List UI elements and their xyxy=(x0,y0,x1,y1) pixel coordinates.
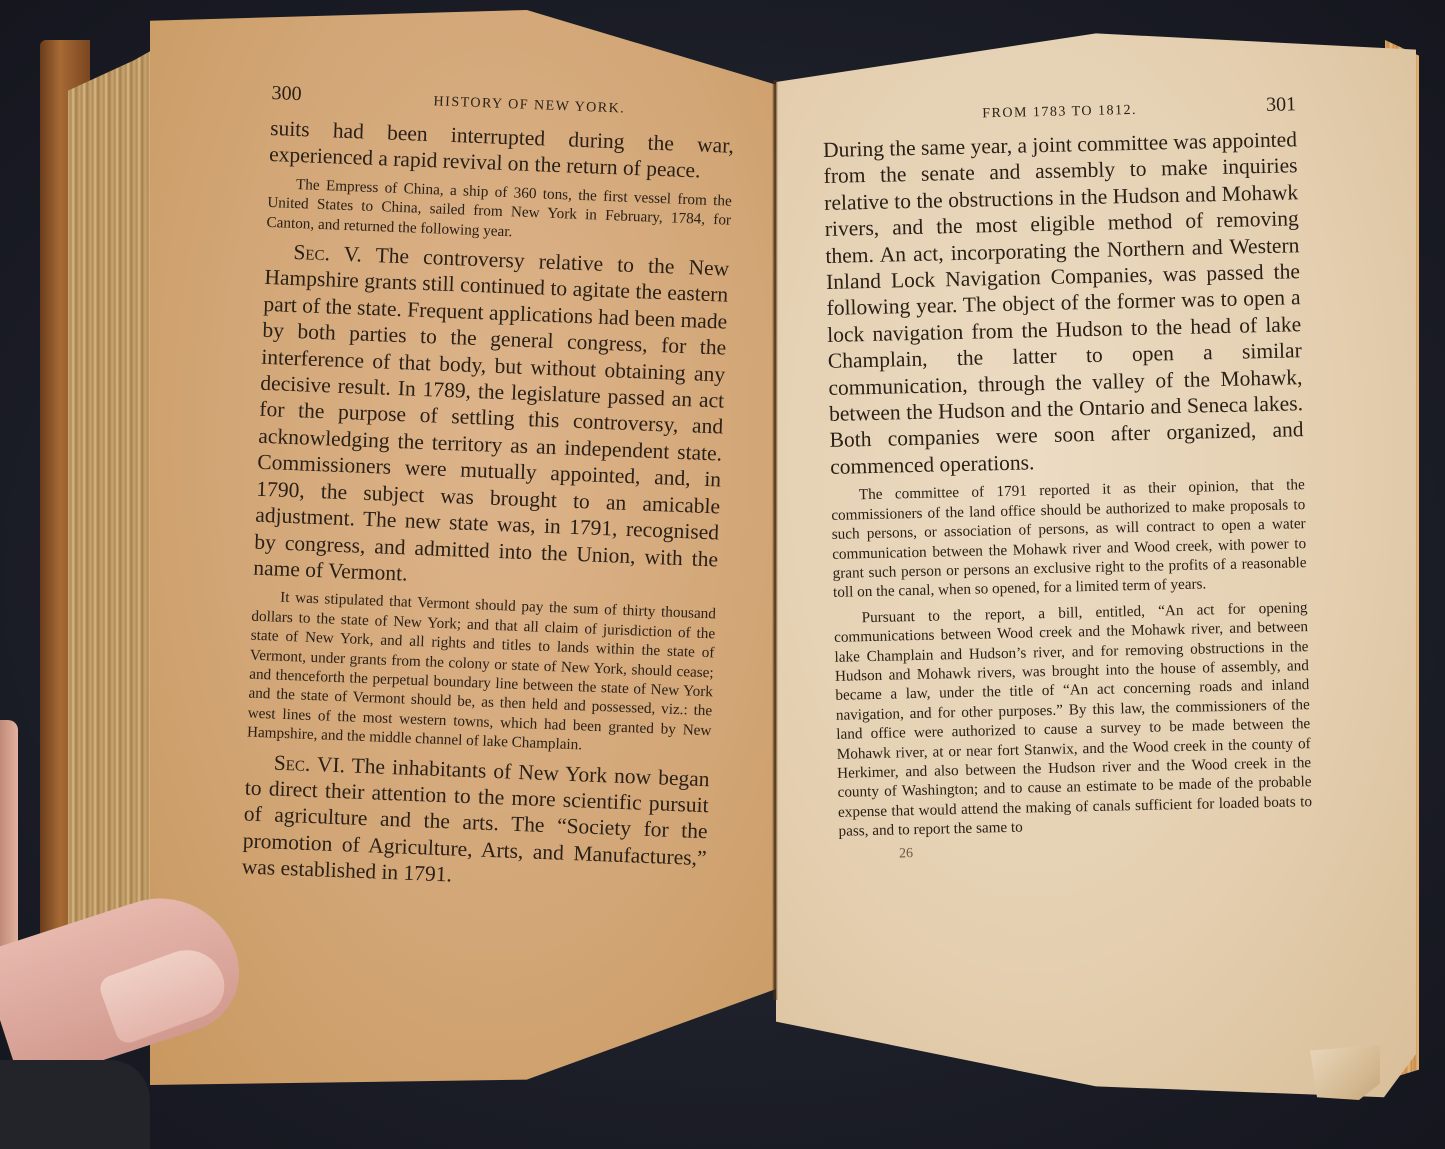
running-head-title: HISTORY OF NEW YORK. xyxy=(433,94,625,117)
page-number-right: 301 xyxy=(1266,93,1297,117)
page-number-left: 300 xyxy=(271,82,302,106)
folded-page-corner xyxy=(1310,1045,1380,1100)
footnote-paragraph: It was stipulated that Vermont should pa… xyxy=(247,587,717,760)
section-label: Sec. V. xyxy=(293,240,362,267)
section-paragraph: Sec. V. The controversy relative to the … xyxy=(253,238,730,599)
right-page-text: FROM 1783 TO 1812. 301 During the same y… xyxy=(822,93,1313,863)
section-paragraph: Sec. VI. The inhabitants of New York now… xyxy=(241,748,710,898)
footnote-paragraph: Pursuant to the report, a bill, entitled… xyxy=(833,598,1312,842)
left-page-text: 300 HISTORY OF NEW YORK. suits had been … xyxy=(241,82,735,898)
footnote-paragraph: The Empress of China, a ship of 360 tons… xyxy=(266,174,732,250)
section-label: Sec. VI. xyxy=(273,750,345,777)
paragraph: During the same year, a joint committee … xyxy=(823,126,1305,480)
book-photo: 300 HISTORY OF NEW YORK. suits had been … xyxy=(0,0,1445,1149)
sleeve xyxy=(0,1060,150,1149)
section-text: The controversy relative to the New Hamp… xyxy=(253,243,730,585)
book-gutter xyxy=(772,80,778,1000)
footnote-paragraph: The committee of 1791 reported it as the… xyxy=(831,475,1308,602)
running-head-title: FROM 1783 TO 1812. xyxy=(982,103,1137,123)
paragraph: suits had been interrupted during the wa… xyxy=(269,115,735,186)
